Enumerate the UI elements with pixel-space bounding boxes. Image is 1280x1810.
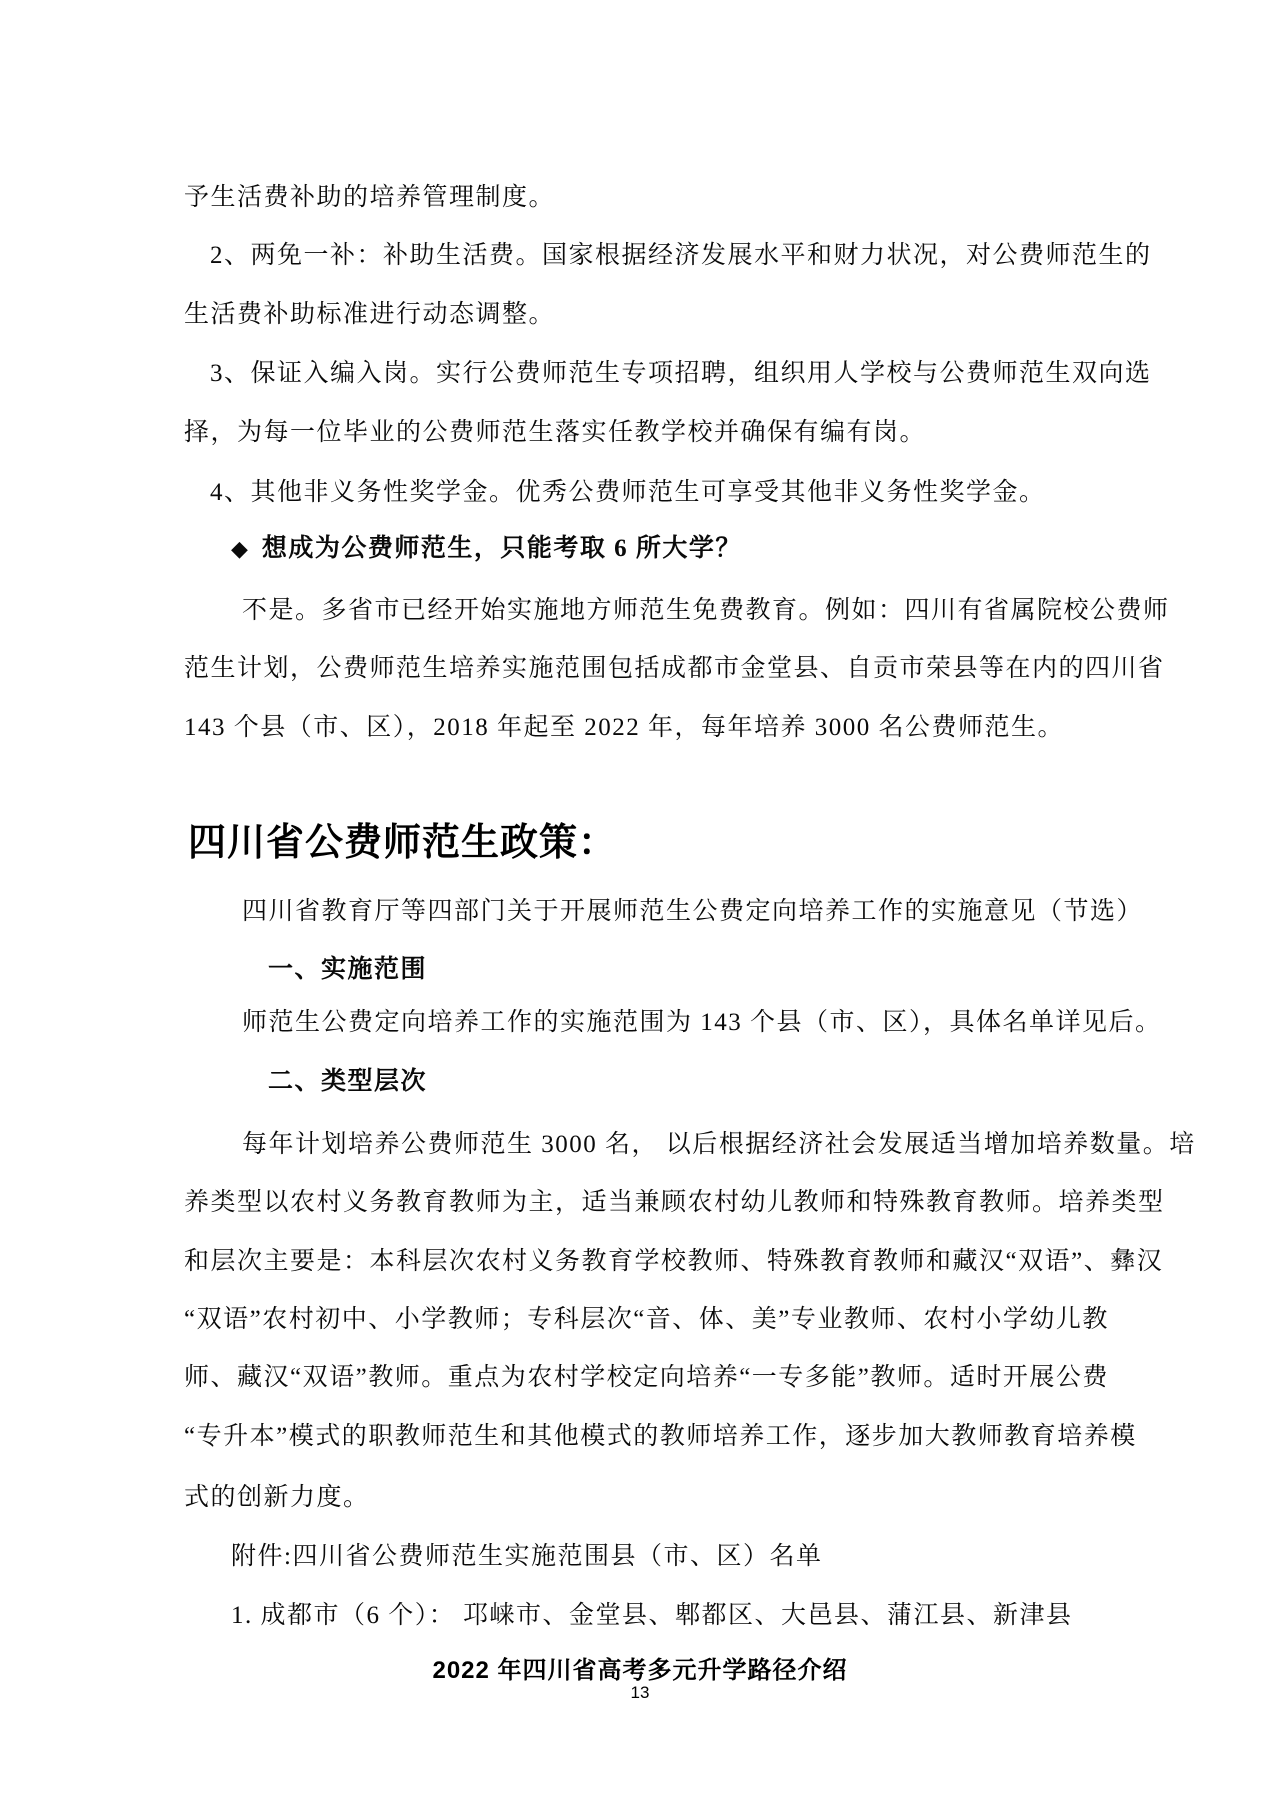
body-line: 养类型以农村义务教育教师为主，适当兼顾农村幼儿教师和特殊教育教师。培养类型 (184, 1188, 1165, 1218)
section-heading: 四川省公费师范生政策： (188, 822, 617, 864)
diamond-bullet-icon: ◆ (231, 534, 248, 564)
body-line: 范生计划，公费师范生培养实施范围包括成都市金堂县、自贡市荣县等在内的四川省 (184, 654, 1165, 684)
body-line: 生活费补助标准进行动态调整。 (184, 300, 555, 330)
document-page: 予生活费补助的培养管理制度。 2、两免一补：补助生活费。国家根据经济发展水平和财… (0, 0, 1280, 1810)
list-item: 1. 成都市（6 个）： 邛崃市、金堂县、郫都区、大邑县、蒲江县、新津县 (231, 1601, 1073, 1631)
body-line: 2、两免一补：补助生活费。国家根据经济发展水平和财力状况，对公费师范生的 (210, 241, 1152, 271)
footer-title: 2022 年四川省高考多元升学路径介绍 (0, 1650, 1280, 1685)
body-line: 每年计划培养公费师范生 3000 名， 以后根据经济社会发展适当增加培养数量。培 (242, 1130, 1196, 1160)
body-line: 143 个县（市、区），2018 年起至 2022 年，每年培养 3000 名公… (184, 713, 1064, 743)
body-line: 四川省教育厅等四部门关于开展师范生公费定向培养工作的实施意见（节选） (242, 897, 1143, 927)
body-line: 和层次主要是：本科层次农村义务教育学校教师、特殊教育教师和藏汉“双语”、彝汉 (184, 1247, 1163, 1277)
body-line: 师范生公费定向培养工作的实施范围为 143 个县（市、区），具体名单详见后。 (242, 1008, 1162, 1038)
sub-heading: 一、实施范围 (268, 955, 427, 985)
body-line: 3、保证入编入岗。实行公费师范生专项招聘，组织用人学校与公费师范生双向选 (210, 359, 1152, 389)
body-line: 择，为每一位毕业的公费师范生落实任教学校并确保有编有岗。 (184, 418, 926, 448)
attachment-line: 附件:四川省公费师范生实施范围县（市、区）名单 (231, 1542, 822, 1572)
body-line: 不是。多省市已经开始实施地方师范生免费教育。例如：四川有省属院校公费师 (242, 596, 1170, 626)
page-number: 13 (0, 1683, 1280, 1703)
sub-heading: 二、类型层次 (268, 1067, 427, 1097)
body-line: 式的创新力度。 (184, 1483, 370, 1513)
body-line: 予生活费补助的培养管理制度。 (184, 183, 555, 213)
body-line: “专升本”模式的职教师范生和其他模式的教师培养工作，逐步加大教师教育培养模 (184, 1422, 1137, 1452)
question-heading: ◆ 想成为公费师范生，只能考取 6 所大学？ (231, 534, 742, 564)
body-line: 师、藏汉“双语”教师。重点为农村学校定向培养“一专多能”教师。适时开展公费 (184, 1363, 1109, 1393)
body-line: 4、其他非义务性奖学金。优秀公费师范生可享受其他非义务性奖学金。 (210, 478, 1046, 508)
body-line: “双语”农村初中、小学教师；专科层次“音、体、美”专业教师、农村小学幼儿教 (184, 1305, 1109, 1335)
question-heading-label: 想成为公费师范生，只能考取 6 所大学？ (262, 534, 742, 564)
